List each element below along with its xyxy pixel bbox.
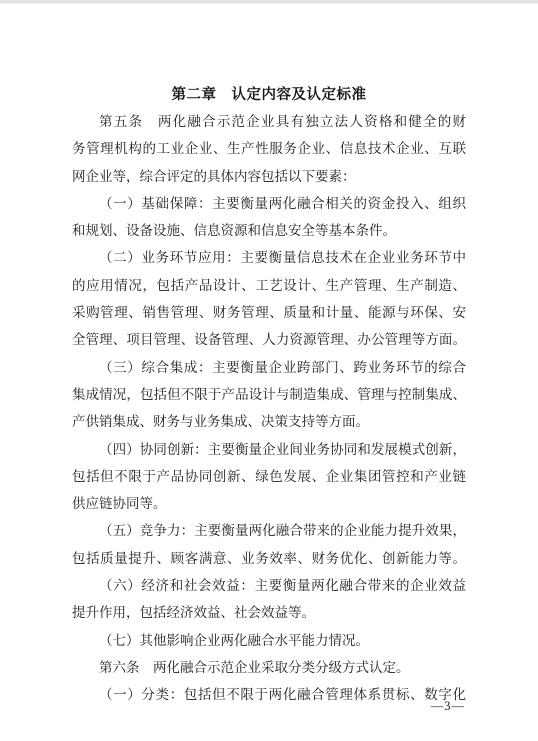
text-line: （一）基础保障：主要衡量两化融合相关的资金投入、组织: [72, 190, 466, 217]
text-line: （七）其他影响企业两化融合水平能力情况。: [72, 627, 466, 654]
text-line: 的应用情况，包括产品设计、工艺设计、生产管理、生产制造、: [72, 272, 466, 299]
text-line: 供应链协同等。: [72, 490, 466, 517]
page-top-edge-divider: [0, 0, 538, 4]
text-line: 和规划、设备设施、信息资源和信息安全等基本条件。: [72, 217, 466, 244]
text-line: 集成情况，包括但不限于产品设计与制造集成、管理与控制集成、: [72, 381, 466, 408]
page-number: —3—: [431, 699, 465, 714]
text-line: （二）业务环节应用：主要衡量信息技术在企业业务环节中: [72, 244, 466, 271]
document-page: 第二章 认定内容及认定标准 第五条 两化融合示范企业具有独立法人资格和健全的财务…: [0, 0, 538, 741]
text-line: 全管理、项目管理、设备管理、人力资源管理、办公管理等方面。: [72, 326, 466, 353]
text-line: 包括质量提升、顾客满意、业务效率、财务优化、创新能力等。: [72, 545, 466, 572]
document-body: 第五条 两化融合示范企业具有独立法人资格和健全的财务管理机构的工业企业、生产性服…: [72, 108, 466, 709]
text-line: （三）综合集成：主要衡量企业跨部门、跨业务环节的综合: [72, 354, 466, 381]
text-line: 网企业等，综合评定的具体内容包括以下要素：: [72, 163, 466, 190]
text-line: （一）分类：包括但不限于两化融合管理体系贯标、数字化: [72, 681, 466, 708]
text-line: 采购管理、销售管理、财务管理、质量和计量、能源与环保、安: [72, 299, 466, 326]
text-line: （五）竞争力：主要衡量两化融合带来的企业能力提升效果，: [72, 517, 466, 544]
text-line: 包括但不限于产品协同创新、绿色发展、企业集团管控和产业链: [72, 463, 466, 490]
chapter-title: 第二章 认定内容及认定标准: [0, 83, 538, 104]
text-line: （四）协同创新：主要衡量企业间业务协同和发展模式创新，: [72, 436, 466, 463]
text-line: 提升作用，包括经济效益、社会效益等。: [72, 599, 466, 626]
text-line: 第六条 两化融合示范企业采取分类分级方式认定。: [72, 654, 466, 681]
text-line: 第五条 两化融合示范企业具有独立法人资格和健全的财: [72, 108, 466, 135]
text-line: 产供销集成、财务与业务集成、决策支持等方面。: [72, 408, 466, 435]
text-line: 务管理机构的工业企业、生产性服务企业、信息技术企业、互联: [72, 135, 466, 162]
text-line: （六）经济和社会效益：主要衡量两化融合带来的企业效益: [72, 572, 466, 599]
